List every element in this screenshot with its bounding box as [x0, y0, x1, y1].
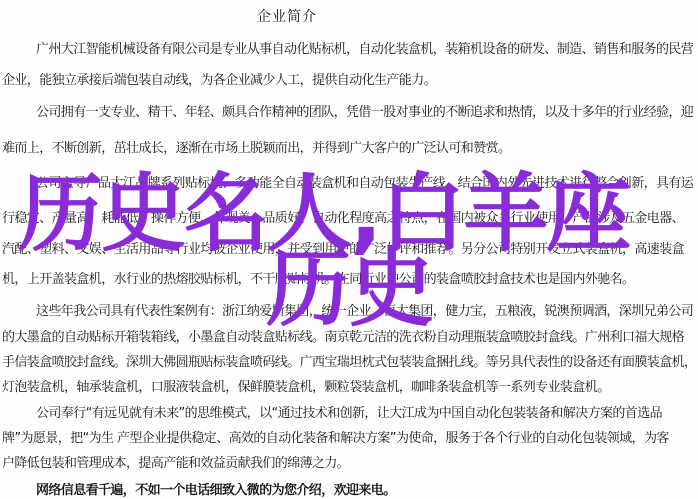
text-line: 企业，能独立承接后端包装自动线，为各企业减少人工，提供自动化生产能力。	[2, 73, 698, 88]
text-line: 户降低包装和管理成本，提高产能和效益贡献我们的绵薄之力。	[2, 456, 698, 471]
text-line: 难而上，不断创新，茁壮成长，逐渐在市场上脱颖而出，并得到广大客户的广泛认可和赞赏…	[2, 141, 698, 156]
text-line: 网络信息看千遍，不如一个电话细致入微的为您介绍，欢迎来电。	[2, 483, 698, 498]
text-line: 灯泡装盒机，轴承装盒机，口服液装盒机，保鲜膜装盒机，颗粒袋装盒机，咖啡条装盒机等…	[2, 380, 698, 395]
watermark-line2: 历史	[266, 247, 432, 332]
text-line: 广州大江智能机械设备有限公司是专业从事自动化贴标机，自动化装盒机，装箱机设备的研…	[2, 42, 698, 57]
text-line: 公司拥有一支专业、精干、年轻、颇具合作精神的团队，凭借一股对事业的不断追求和热情…	[2, 105, 698, 120]
text-line: 牌”为愿景，把“为生 产型企业提供稳定、高效的自动化装备和解决方案”为使命，服务…	[2, 431, 698, 446]
text-line: 手信装盒喷胶封盒线。深圳大佛圆瓶贴标装盒喷码线。广西宝瑞坦枕式包装装盒捆扎线。等…	[2, 355, 698, 370]
text-line: 公司奉行“有远见就有未来”的思维模式，以“通过技术和创新，让大江成为中国自动化包…	[2, 406, 698, 421]
document-page: 企业简介 广州大江智能机械设备有限公司是专业从事自动化贴标机，自动化装盒机，装箱…	[0, 0, 698, 499]
document-title: 企业简介	[0, 6, 574, 26]
